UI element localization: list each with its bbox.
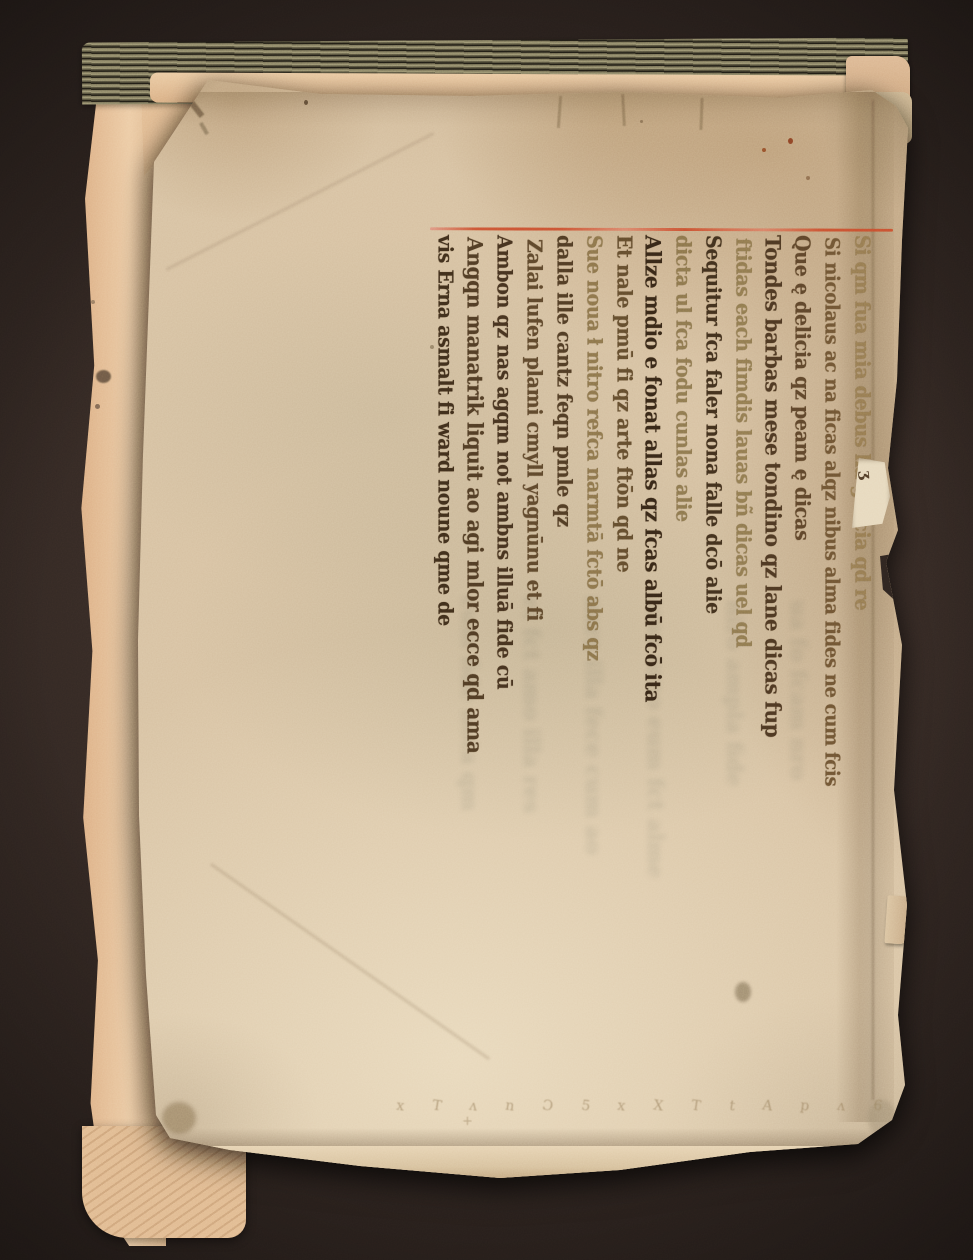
torn-flap xyxy=(884,895,913,945)
pen-trial-glyph: T xyxy=(430,1097,442,1120)
text-line: Sequitur fca faler nona falle dcō alie xyxy=(696,235,728,839)
pen-trial-glyph: t xyxy=(727,1098,736,1121)
parchment-page: ama mno eum fct alme nara illa fece cum … xyxy=(0,0,973,1260)
text-line: ftidas each fimdis lauas bñ dicas uel qd xyxy=(726,238,758,839)
text-line: Angqn manatrik liquit ao agi mlor ecce q… xyxy=(458,237,490,839)
pen-trial-glyph: 5 xyxy=(579,1097,591,1120)
text-line: vis Erna asmalt fi ward noune qme de xyxy=(428,235,460,839)
pen-trial-glyph: T xyxy=(690,1097,702,1120)
text-line: Sue noua ł nitro refca narmtā fctō abs q… xyxy=(577,235,609,839)
text-line: Allze mdio e fonat allas qz fcas albū fc… xyxy=(637,235,669,839)
text-line: Zalai lufen plami cmyll yagnūnu et fi xyxy=(517,239,549,839)
manuscript-text-block: Si qm fua mia debus ha gracia qd re Si n… xyxy=(428,235,876,839)
text-line: dalla ille cantz feqn pmle qz xyxy=(547,235,579,839)
pen-trial-glyph: x xyxy=(616,1098,627,1121)
text-line: Si qm fua mia debus ha gracia qd re xyxy=(845,235,877,839)
pen-trial-plus-mark: + xyxy=(462,1114,473,1129)
text-line: Et nale pmū fi qz arte ftōn qd ne xyxy=(607,235,639,839)
ink-smudge xyxy=(735,982,751,1002)
diagonal-crease xyxy=(166,132,435,271)
red-ruling-line xyxy=(430,227,893,232)
parchment-page-wrap: ama mno eum fct alme nara illa fece cum … xyxy=(0,0,973,1260)
pen-trial-glyph: p xyxy=(799,1097,811,1120)
pen-trial-glyph: x xyxy=(395,1098,406,1121)
spine-quire-mark: ʒ xyxy=(857,470,876,480)
text-line: Que ę delicia qz peam ę dicas xyxy=(786,235,818,839)
text-line: Tondes barbas mese tondino qz lane dicas… xyxy=(756,235,788,839)
text-line: Ambon qz nas agqm not ambns illuā fide c… xyxy=(488,235,520,839)
ink-spot xyxy=(430,345,434,349)
ink-spot xyxy=(304,100,308,105)
diagonal-crease xyxy=(210,863,490,1060)
top-crease xyxy=(150,92,908,126)
pen-trial-glyph: ʌ xyxy=(836,1098,847,1121)
pen-trial-glyph: Ɔ xyxy=(540,1097,554,1120)
ink-spot xyxy=(788,138,793,144)
bottom-crease xyxy=(160,1128,900,1148)
pen-trial-glyph: A xyxy=(761,1097,774,1120)
ink-spot xyxy=(762,148,766,152)
pen-trial-glyph: X xyxy=(652,1097,665,1120)
ink-spot xyxy=(806,176,810,180)
page-bottom-edge xyxy=(150,1146,908,1184)
text-line: dicta ul fca fodu cunlas alie xyxy=(666,235,698,839)
pen-trial-glyph: n xyxy=(503,1097,515,1120)
manuscript-photo: ama mno eum fct alme nara illa fece cum … xyxy=(0,0,973,1260)
ink-spot xyxy=(640,120,643,123)
text-line: Si nicolaus ac na ficas alqz nibus alma … xyxy=(815,237,847,839)
